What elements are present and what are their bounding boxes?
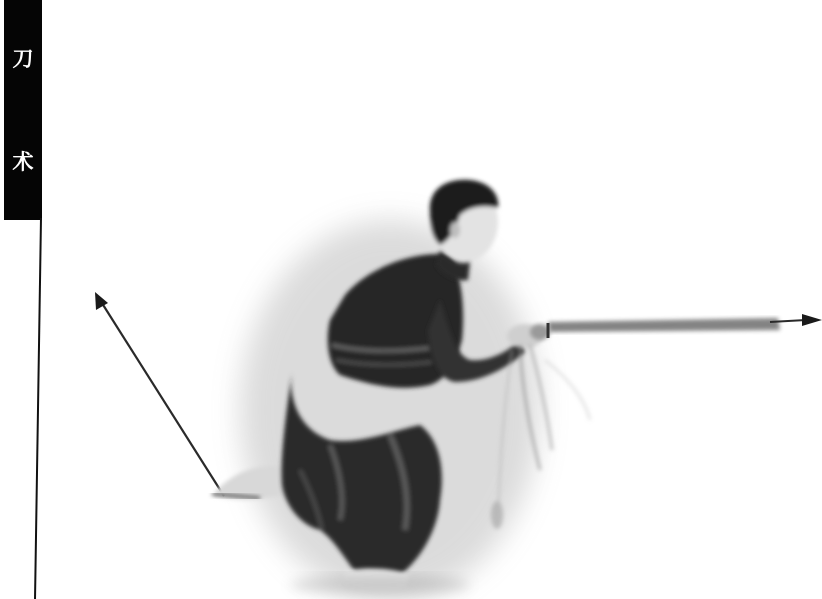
floor-shadow: [290, 575, 470, 595]
broadsword: [548, 318, 780, 338]
left-foot-motion-arrow: [95, 292, 224, 496]
rear-foot: [212, 466, 292, 499]
martial-arts-illustration: [0, 0, 822, 599]
figure-head: [430, 180, 498, 262]
figure-hands: [507, 324, 550, 348]
